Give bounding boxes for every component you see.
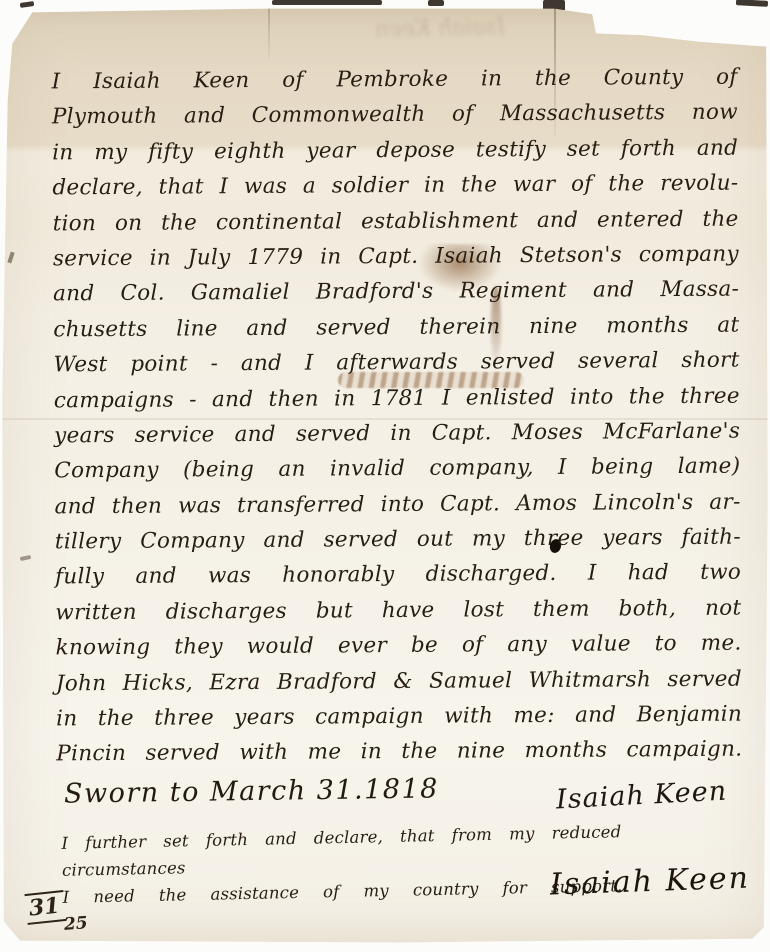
sworn-date-line: Sworn to March 31.1818 bbox=[64, 773, 439, 809]
manuscript-paper: Isaiah Keen I Isaiah Keen of Pembroke in… bbox=[0, 0, 770, 952]
signature: Isaiah Keen bbox=[549, 861, 750, 903]
postscript: I further set forth and declare, that fr… bbox=[61, 818, 623, 911]
manuscript-line: Company (being an invalid company, I bei… bbox=[54, 449, 740, 489]
scan-edge-mark bbox=[272, 0, 382, 5]
scan-edge-mark bbox=[736, 0, 768, 7]
manuscript-line: Pincin served with me in the nine months… bbox=[56, 732, 742, 772]
margin-page-number: 31 bbox=[24, 890, 66, 925]
ink-mark bbox=[20, 555, 32, 561]
manuscript-body: I Isaiah Keen of Pembroke in the County … bbox=[52, 60, 743, 773]
manuscript-line: tion on the continental establishment an… bbox=[53, 201, 739, 241]
manuscript-line: and then was transferred into Capt. Amos… bbox=[55, 484, 741, 524]
ink-bleedthrough: Isaiah Keen bbox=[320, 13, 561, 44]
manuscript-line: declare, that I was a soldier in the war… bbox=[52, 166, 738, 206]
scan-edge-mark bbox=[428, 0, 444, 6]
scanned-document: Isaiah Keen I Isaiah Keen of Pembroke in… bbox=[0, 0, 770, 952]
manuscript-line: West point - and I afterwards served sev… bbox=[54, 343, 740, 383]
manuscript-line: fully and was honorably discharged. I ha… bbox=[55, 555, 741, 595]
manuscript-line: in my fifty eighth year depose testify s… bbox=[52, 130, 738, 170]
manuscript-line: service in July 1779 in Capt. Isaiah Ste… bbox=[53, 237, 739, 277]
manuscript-line: John Hicks, Ezra Bradford & Samuel Whitm… bbox=[56, 661, 742, 701]
ink-mark bbox=[7, 252, 14, 264]
manuscript-line: and Col. Gamaliel Bradford's Regiment an… bbox=[53, 272, 739, 312]
signature: Isaiah Keen bbox=[555, 776, 728, 816]
manuscript-line: written discharges but have lost them bo… bbox=[55, 590, 741, 630]
fold-crease bbox=[268, 8, 270, 60]
manuscript-line: years service and served in Capt. Moses … bbox=[54, 414, 740, 454]
manuscript-line: campaigns - and then in 1781 I enlisted … bbox=[54, 378, 740, 418]
manuscript-line: knowing they would ever be of any value … bbox=[55, 626, 741, 666]
manuscript-line: in the three years campaign with me: and… bbox=[56, 697, 742, 737]
manuscript-line: tillery Company and served out my three … bbox=[55, 520, 741, 560]
manuscript-line: I Isaiah Keen of Pembroke in the County … bbox=[52, 60, 738, 100]
margin-note-number: 25 bbox=[63, 913, 88, 935]
manuscript-line: Plymouth and Commonwealth of Massachuset… bbox=[52, 95, 738, 135]
manuscript-line: chusetts line and served therein nine mo… bbox=[53, 307, 739, 347]
scan-edge-mark bbox=[20, 1, 35, 8]
